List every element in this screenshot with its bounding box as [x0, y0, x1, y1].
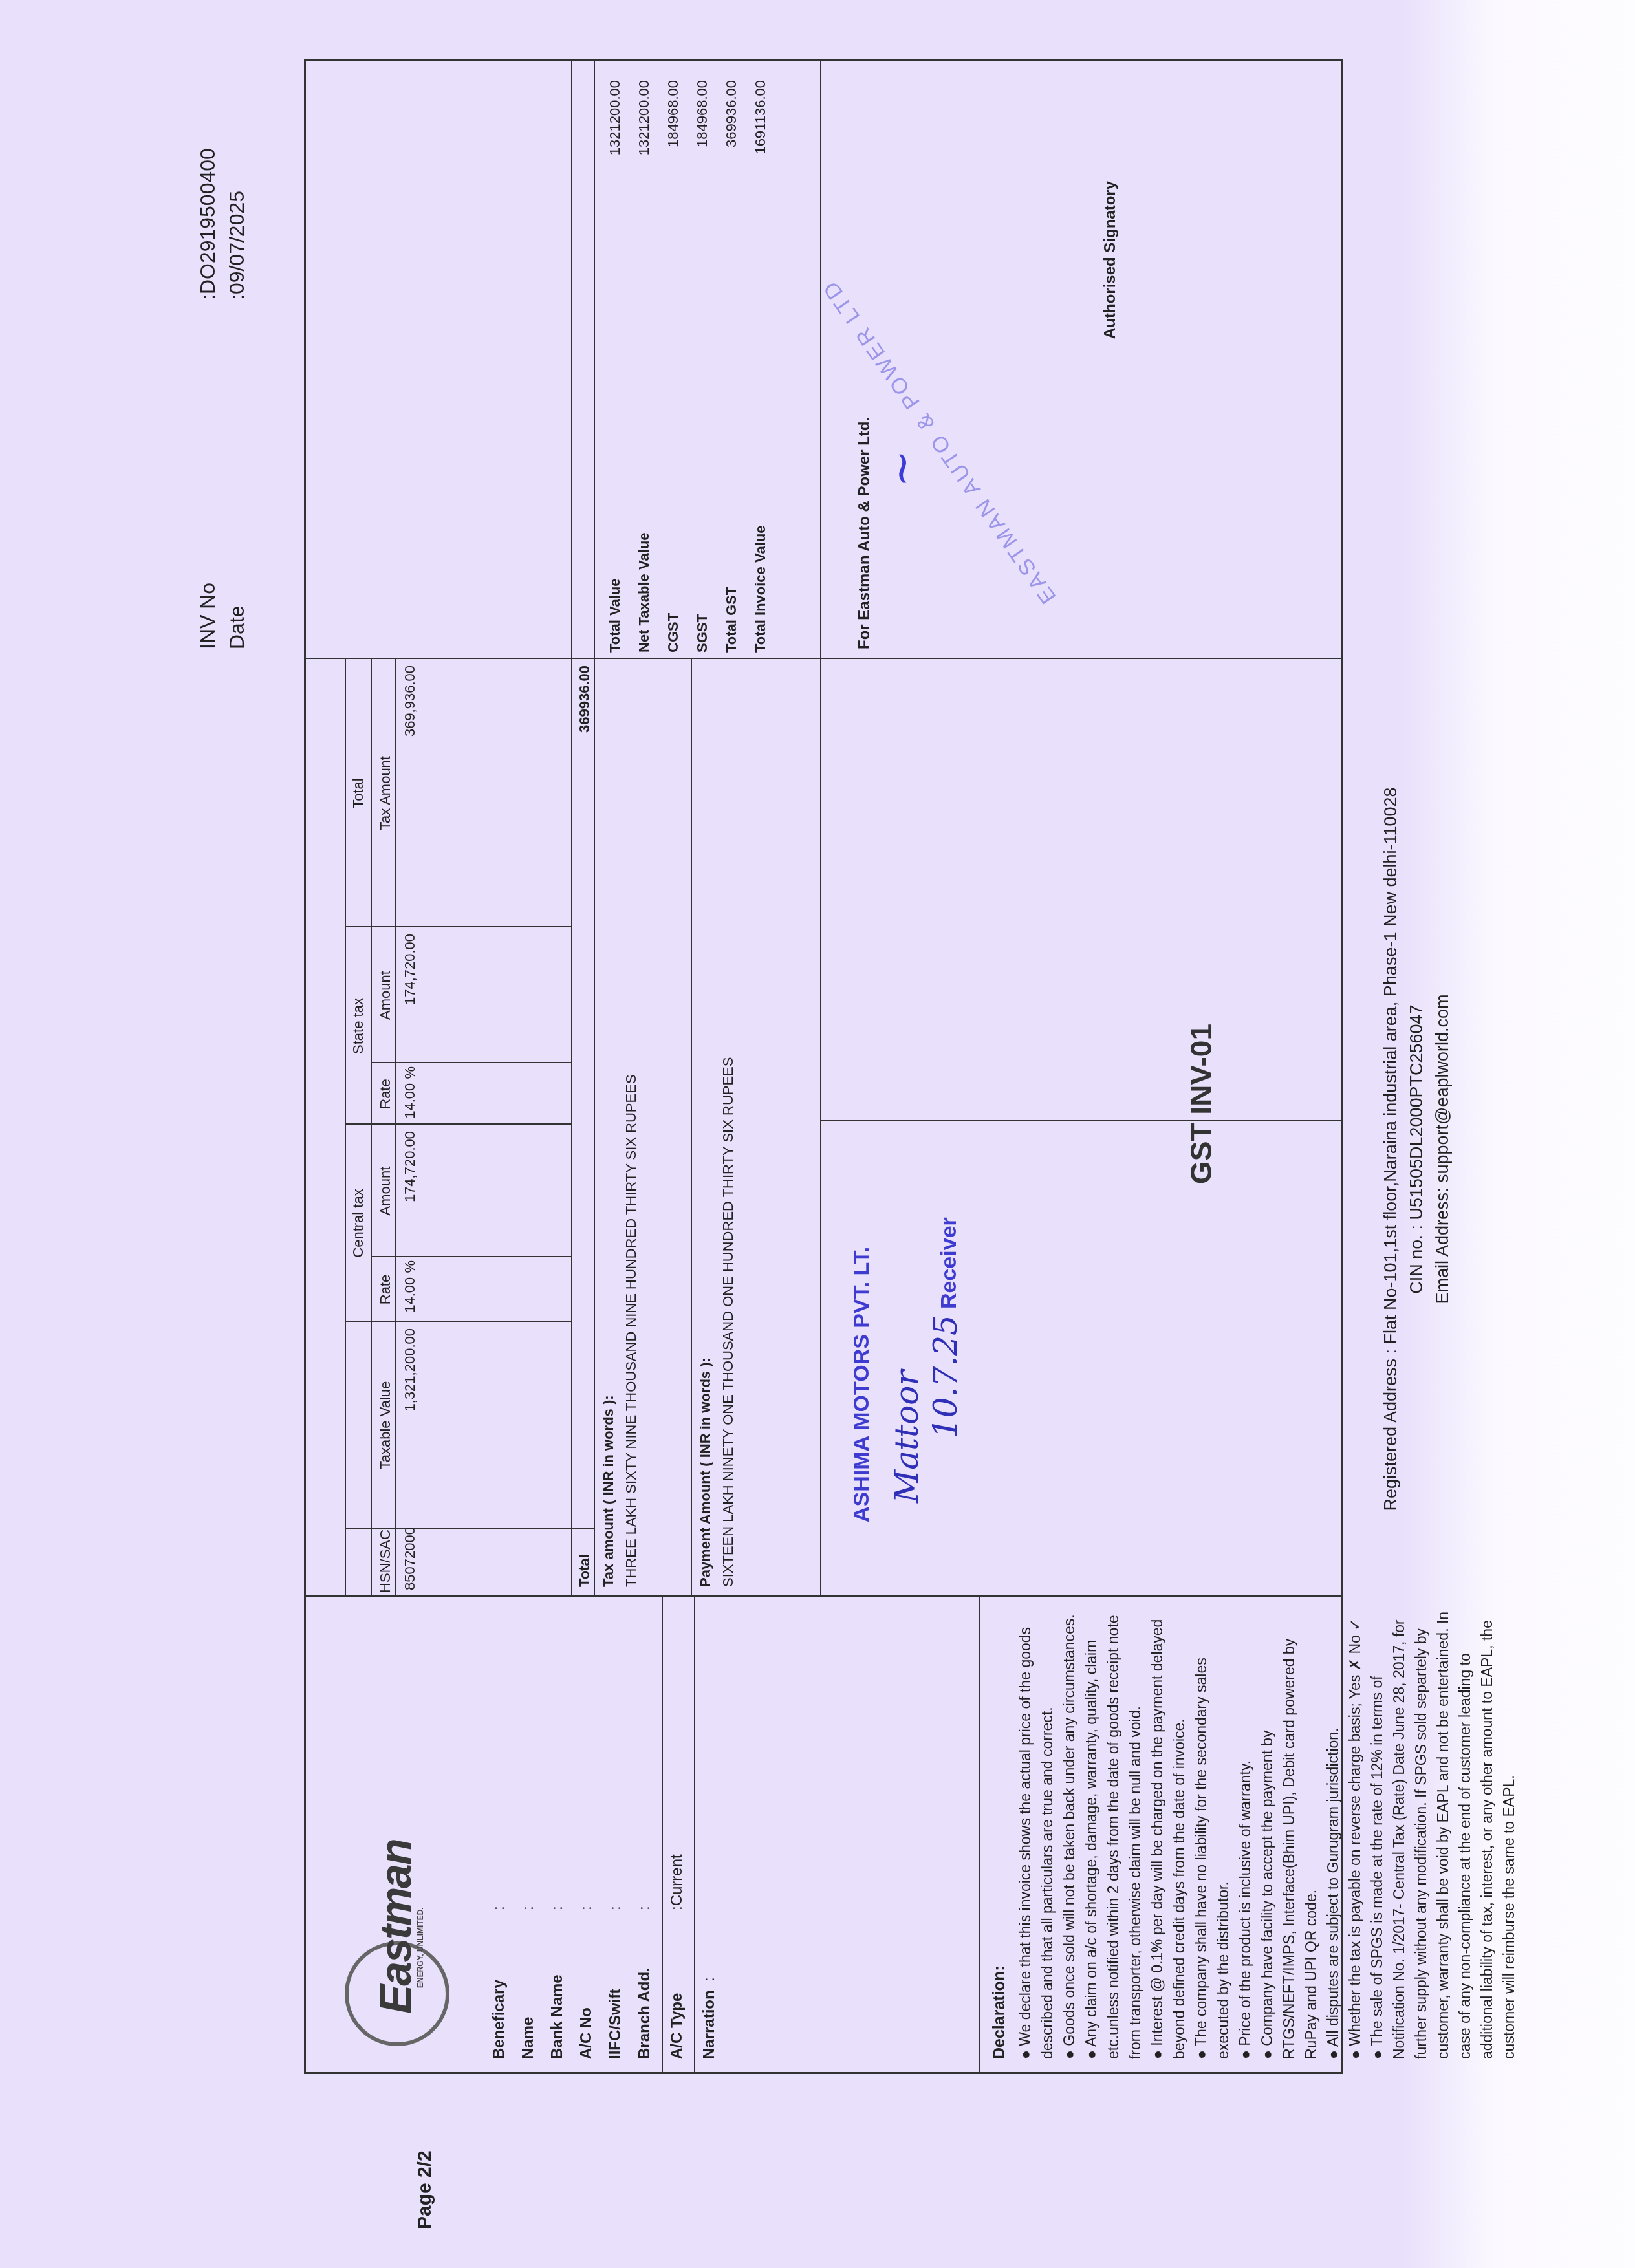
payment-words: SIXTEEN LAKH NINETY ONE THOUSAND ONE HUN…: [720, 1057, 737, 1587]
col-central: Central tax: [350, 1125, 367, 1322]
date-label: Date: [225, 605, 249, 649]
col-s-amount: Amount: [377, 927, 394, 1063]
summary-label: CGST: [665, 613, 682, 653]
summary-label: Total Value: [607, 578, 623, 653]
col-c-rate: Rate: [377, 1257, 394, 1322]
company-stamp: EASTMAN AUTO & POWER LTD: [817, 274, 1062, 608]
declaration-item: ● All disputes are subject to Gurugram j…: [1322, 1606, 1344, 2059]
cell-hsn: 85072000: [402, 1527, 418, 1590]
col-s-rate: Rate: [377, 1063, 394, 1125]
invoice-box: Eastman ENERGY, UNLIMITED. Beneficary : …: [304, 59, 1343, 2074]
cell-s-amount: 174,720.00: [402, 934, 418, 1063]
beneficiary-value: :: [490, 1906, 508, 1910]
date-value: :09/07/2025: [225, 191, 249, 300]
summary-label: Total GST: [723, 587, 740, 653]
divider: [345, 659, 346, 1597]
summary-value: 1691136.00: [752, 80, 769, 391]
for-company: For Eastman Auto & Power Ltd.: [856, 417, 874, 649]
logo-brand: Eastman: [371, 1840, 421, 2014]
summary-value: 184968.00: [665, 80, 682, 391]
divider: [979, 1597, 980, 2072]
cell-taxable: 1,321,200.00: [402, 1328, 418, 1529]
page-number: Page 2/2: [414, 2150, 436, 2229]
declaration-heading: Declaration:: [988, 1606, 1010, 2059]
cell-c-rate: 14.00 %: [402, 1260, 418, 1322]
divider: [306, 1595, 1341, 1597]
divider: [571, 61, 572, 1597]
summary-value: 369936.00: [723, 80, 740, 391]
divider: [371, 659, 372, 1597]
divider: [662, 1597, 663, 2072]
divider: [371, 1062, 571, 1063]
divider: [594, 61, 595, 1597]
summary-label: Total Invoice Value: [752, 526, 769, 653]
authorised-signatory: Authorised Signatory: [1101, 181, 1120, 339]
total-label: Total: [576, 1554, 593, 1587]
inv-no-label: INV No: [196, 583, 220, 649]
cell-s-rate: 14.00 %: [402, 1066, 418, 1125]
col-tax-amount: Tax Amount: [377, 659, 394, 927]
summary-value: 184968.00: [694, 80, 711, 391]
beneficiary-label: Beneficary: [490, 1980, 508, 2059]
ifsc-value: :: [607, 1906, 625, 1910]
receiver-label: Receiver: [937, 1217, 962, 1309]
declaration-item: ● The company shall have no liability fo…: [1190, 1606, 1234, 2059]
ifsc-label: IIFC/Swift: [607, 1989, 625, 2059]
declaration-item: ● Any claim on a/c of shortage, damage, …: [1080, 1606, 1146, 2059]
tax-words: THREE LAKH SIXTY NINE THOUSAND NINE HUND…: [623, 1074, 640, 1587]
summary-label: SGST: [694, 614, 711, 653]
divider: [371, 1256, 571, 1257]
col-taxable: Taxable Value: [377, 1322, 394, 1529]
signatory-signature: ~: [875, 449, 928, 488]
narration-value: :: [700, 1977, 719, 1982]
narration-label: Narration: [700, 1990, 719, 2059]
ac-no-label: A/C No: [578, 2007, 596, 2059]
tax-words-label: Tax amount ( INR in words ):: [600, 1395, 617, 1587]
cell-c-amount: 174,720.00: [402, 1131, 418, 1257]
total-tax-value: 369936.00: [576, 665, 593, 927]
bank-name-value: :: [548, 1906, 567, 1910]
declaration-item: ● Company have facility to accept the pa…: [1256, 1606, 1322, 2059]
name-value: :: [519, 1906, 537, 1910]
declaration-item: ● Interest @ 0.1% per day will be charge…: [1146, 1606, 1190, 2059]
summary-label: Net Taxable Value: [636, 533, 653, 653]
divider: [395, 659, 396, 1597]
branch-label: Branch Add.: [636, 1967, 654, 2059]
registered-address: Registered Address : Flat No-101,1st flo…: [1378, 567, 1403, 1731]
col-state: State tax: [350, 927, 367, 1125]
bank-name-label: Bank Name: [548, 1974, 567, 2059]
name-label: Name: [519, 2017, 537, 2059]
cell-tax-amount: 369,936.00: [402, 665, 418, 927]
declaration-item: ● Goods once sold will not be taken back…: [1058, 1606, 1080, 2059]
cin-number: CIN no. : U51505DL2000PTC256047: [1403, 567, 1429, 1731]
divider: [691, 659, 692, 1597]
receiver-date: 10.7.25: [927, 1315, 964, 1438]
divider: [820, 1120, 1341, 1121]
receiver-company-stamp: ASHIMA MOTORS PVT. LT.: [849, 1247, 874, 1522]
col-c-amount: Amount: [377, 1125, 394, 1257]
footer: Registered Address : Flat No-101,1st flo…: [1378, 567, 1455, 1731]
invoice-sheet: GST INV-01 Eastman ENERGY, UNLIMITED. Be…: [0, 0, 1635, 2268]
payment-words-label: Payment Amount ( INR in words ):: [697, 1357, 714, 1587]
declaration-item: ● We declare that this invoice shows the…: [1014, 1606, 1058, 2059]
branch-value: :: [636, 1906, 654, 1910]
divider: [694, 1597, 695, 2072]
col-hsn: HSN/SAC: [377, 1529, 394, 1593]
divider: [306, 658, 594, 659]
divider: [594, 658, 1341, 659]
eastman-logo: Eastman ENERGY, UNLIMITED.: [319, 1852, 487, 2059]
inv-no-value: :DO2919500400: [196, 148, 220, 300]
ac-no-value: :: [578, 1906, 596, 1910]
declaration-item: ● Price of the product is inclusive of w…: [1234, 1606, 1256, 2059]
email-address: Email Address: support@eaplworld.com: [1429, 567, 1455, 1731]
declaration-item: ● Whether the tax is payable on reverse …: [1344, 1606, 1366, 2059]
receiver-signature: Mattoor: [888, 1370, 926, 1503]
ac-type-label: A/C Type: [668, 1993, 686, 2059]
summary-value: 1321200.00: [636, 80, 653, 391]
logo-tagline: ENERGY, UNLIMITED.: [416, 1907, 425, 1988]
col-total: Total: [350, 659, 367, 927]
summary-value: 1321200.00: [607, 80, 623, 391]
ac-type-value: :Current: [668, 1854, 686, 1910]
